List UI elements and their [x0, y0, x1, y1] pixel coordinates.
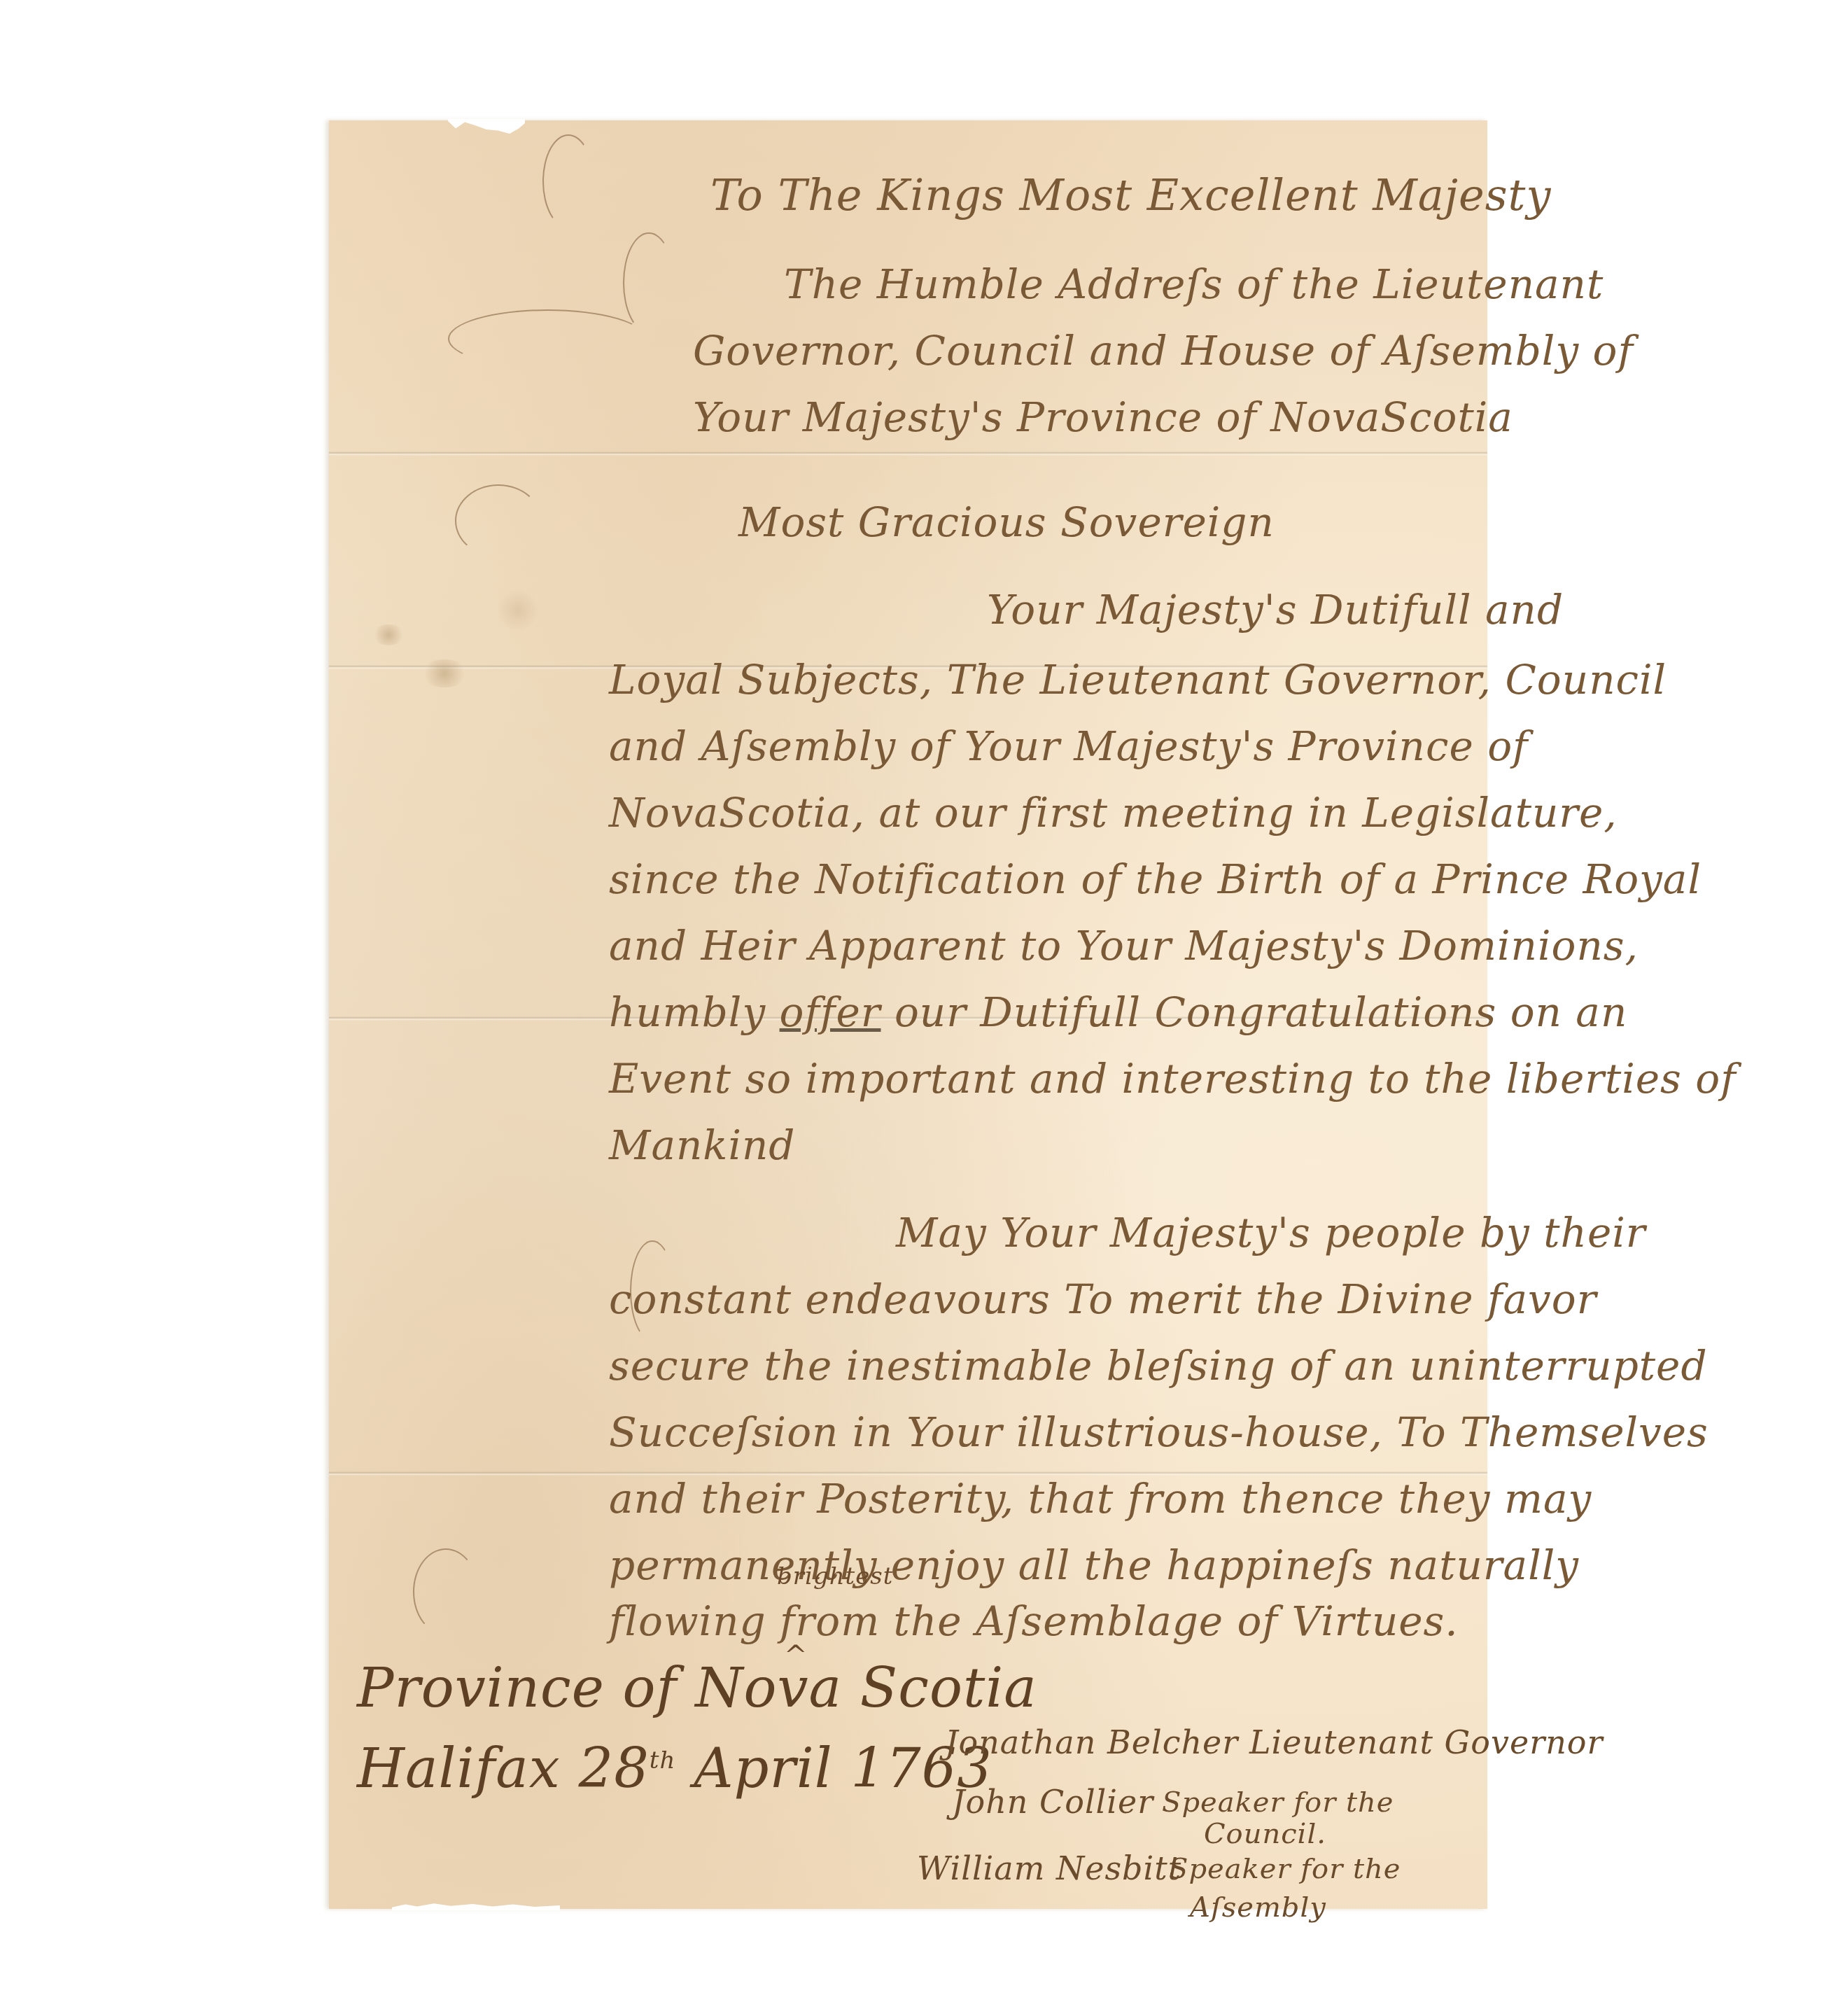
para2-line-7: flowing from the Aſsemblage of Virtues.: [609, 1597, 1459, 1645]
nesbitt-title-line-1: Speaker for the: [1169, 1853, 1401, 1885]
signature-belcher: Jonathan Belcher Lieutenant Governor: [945, 1723, 1604, 1761]
dateline-date: Halifax 28th April 1763: [357, 1737, 992, 1800]
title-line-1: The Humble Addreſs of the Lieutenant: [784, 260, 1604, 308]
para2-line-6: permanently enjoy all the happineſs natu…: [609, 1541, 1579, 1589]
paper-stain: [371, 624, 406, 645]
title-line-3: Your Majesty's Province of NovaScotia: [693, 393, 1513, 441]
para1-line-5: since the Notification of the Birth of a…: [609, 855, 1702, 903]
para1-line-8: Event so important and interesting to th…: [609, 1055, 1737, 1102]
dateline-province: Province of Nova Scotia: [357, 1657, 1037, 1720]
para2-line-3: secure the inestimable bleſsing of an un…: [609, 1342, 1708, 1389]
address-to: To The Kings Most Excellent Majesty: [710, 169, 1551, 220]
para2-line-1: May Your Majesty's people by their: [896, 1209, 1646, 1256]
para2-line-5: and their Posterity, that from thence th…: [609, 1475, 1592, 1522]
para1-line-4: NovaScotia, at our first meeting in Legi…: [609, 789, 1618, 836]
underlined-word: offer: [780, 988, 881, 1036]
para1-line-7: humbly offer our Dutifull Congratulation…: [609, 988, 1627, 1036]
inserted-word: brightest: [777, 1562, 893, 1590]
para1-line-9: Mankind: [609, 1121, 796, 1169]
para1-line-2: Loyal Subjects, The Lieutenant Governor,…: [609, 656, 1667, 703]
title-line-2: Governor, Council and House of Aſsembly …: [693, 327, 1634, 374]
collier-title-line-2: Council.: [1204, 1818, 1326, 1850]
para2-line-4: Succeſsion in Your illustrious-house, To…: [609, 1408, 1709, 1456]
nesbitt-title-line-2: Aſsembly: [1190, 1891, 1326, 1924]
para2-line-2: constant endeavours To merit the Divine …: [609, 1275, 1597, 1323]
signature-collier: John Collier: [952, 1783, 1153, 1821]
dateline-day: 28: [579, 1737, 650, 1800]
signature-nesbitt: William Nesbitt: [917, 1849, 1181, 1887]
paper-stain: [420, 659, 469, 687]
flourish-ornament: [413, 1548, 479, 1635]
signer-name: Jonathan Belcher: [945, 1723, 1238, 1761]
para1-line-3: and Aſsembly of Your Majesty's Province …: [609, 722, 1529, 770]
flourish-ornament: [542, 134, 594, 228]
signer-title: Lieutenant Governor: [1249, 1723, 1604, 1761]
flourish-ornament: [448, 309, 647, 368]
dateline-day-suffix: th: [650, 1746, 676, 1774]
para1-line-6: and Heir Apparent to Your Majesty's Domi…: [609, 922, 1639, 969]
fold-crease: [329, 451, 1487, 456]
flourish-ornament: [455, 484, 542, 557]
torn-edge-bottom: [392, 1900, 560, 1910]
torn-edge-top: [448, 119, 525, 140]
salutation: Most Gracious Sovereign: [738, 498, 1275, 546]
collier-title-line-1: Speaker for the: [1162, 1786, 1394, 1819]
paper-stain: [497, 589, 539, 631]
flourish-ornament: [623, 232, 675, 333]
dateline-city: Halifax: [357, 1737, 561, 1800]
para1-line-1: Your Majesty's Dutifull and: [987, 586, 1564, 633]
manuscript-page: To The Kings Most Excellent Majesty The …: [329, 120, 1487, 1909]
